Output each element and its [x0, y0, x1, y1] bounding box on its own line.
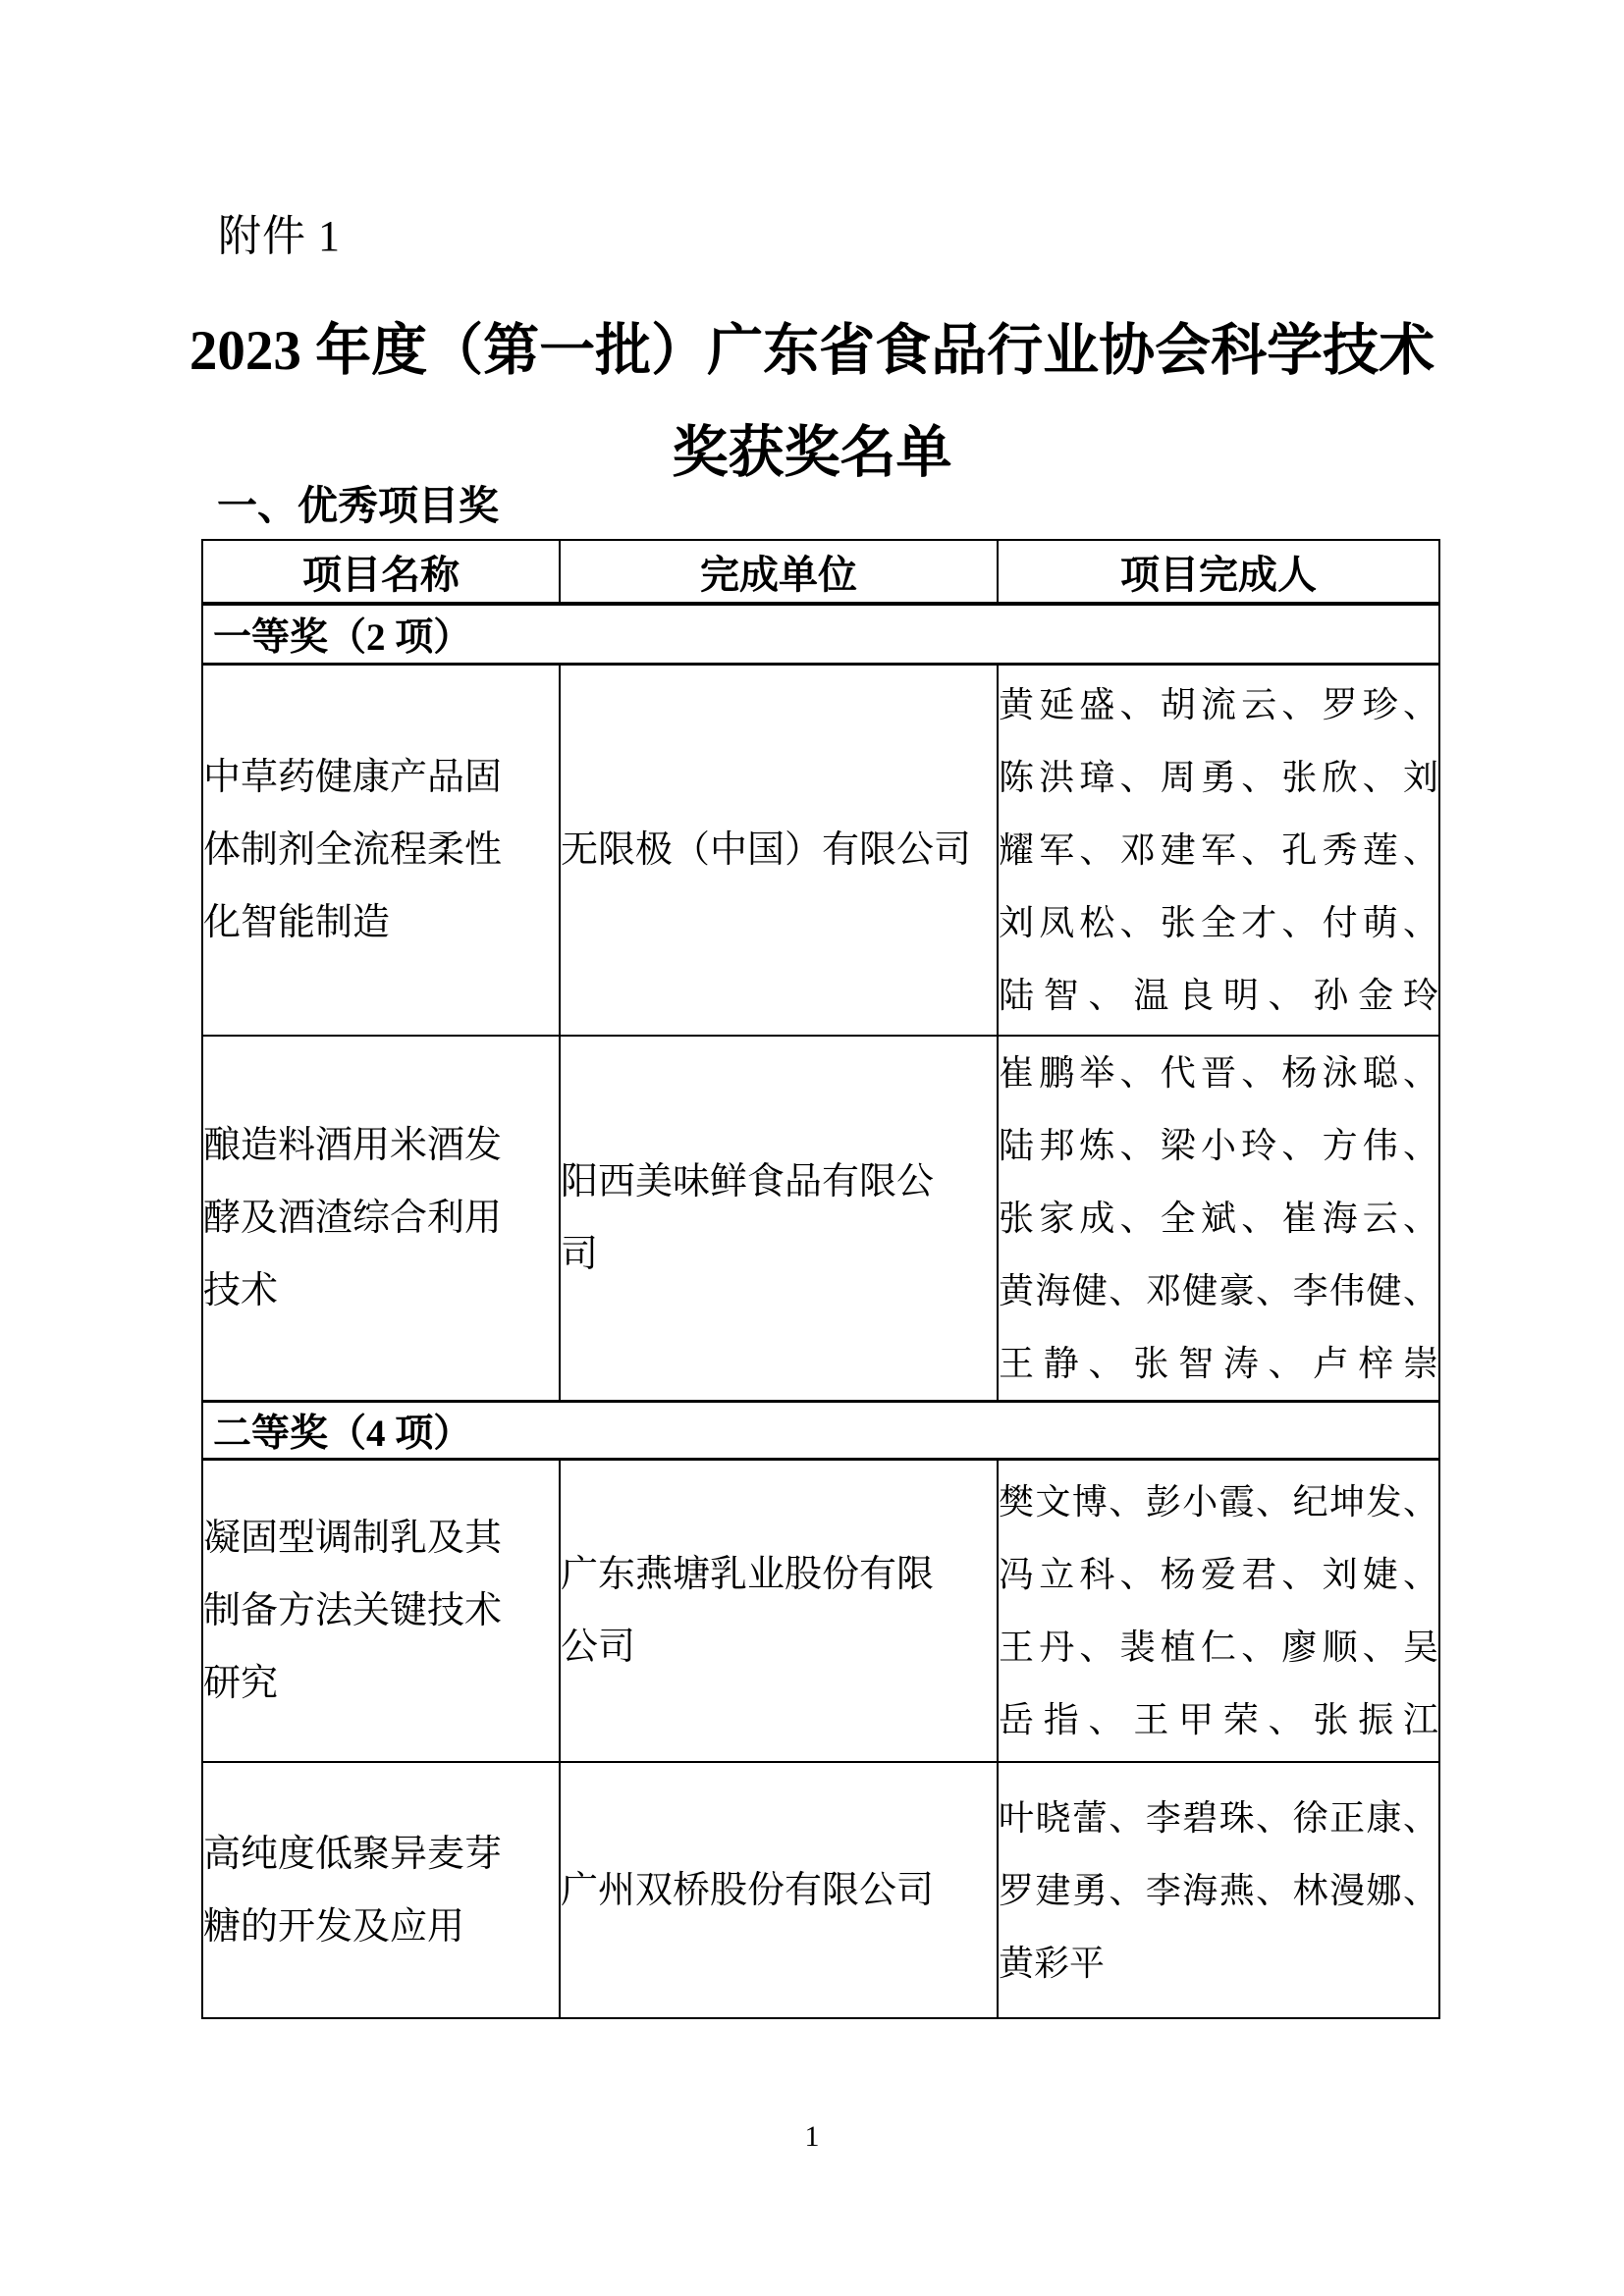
cell-text-line: 酵及酒渣综合利用 [203, 1182, 559, 1255]
contributors-cell: 叶晓蕾、李碧珠、徐正康、罗建勇、李海燕、林漫娜、黄彩平 [998, 1762, 1439, 2018]
cell-text-line: 耀军、邓建军、孔秀莲、 [999, 814, 1438, 886]
cell-text-line: 体制剂全流程柔性 [203, 814, 559, 886]
cell-text-line: 陆邦炼、梁小玲、方伟、 [999, 1109, 1438, 1182]
table-row: 酿造料酒用米酒发酵及酒渣综合利用技术 阳西美味鲜食品有限公司 崔鹏举、代晋、杨泳… [202, 1036, 1439, 1402]
group-label-first-prize: 一等奖（2 项） [202, 604, 1439, 665]
group-row-second-prize: 二等奖（4 项） [202, 1402, 1439, 1460]
cell-text-line: 糖的开发及应用 [203, 1891, 559, 1963]
contributors-cell: 黄延盛、胡流云、罗珍、陈洪璋、周勇、张欣、刘耀军、邓建军、孔秀莲、刘凤松、张全才… [998, 665, 1439, 1037]
cell-text-line: 高纯度低聚异麦芽 [203, 1818, 559, 1891]
cell-text-line: 中草药健康产品固 [203, 741, 559, 814]
cell-text-line: 岳指、王甲荣、张振江 [999, 1683, 1438, 1756]
contributors-cell: 樊文博、彭小霞、纪坤发、冯立科、杨爱君、刘婕、王丹、裴植仁、廖顺、吴岳指、王甲荣… [998, 1460, 1439, 1763]
cell-text-line: 制备方法关键技术 [203, 1575, 559, 1647]
cell-text-line: 技术 [203, 1255, 559, 1327]
cell-text-line: 张家成、全斌、崔海云、 [999, 1182, 1438, 1255]
cell-text-line: 罗建勇、李海燕、林漫娜、 [999, 1854, 1438, 1927]
page-number: 1 [0, 2120, 1624, 2154]
page-root: { "document": { "attachment_label": "附件 … [0, 0, 1624, 2296]
awards-table: 项目名称 完成单位 项目完成人 一等奖（2 项） 中草药健康产品固体制剂全流程柔… [201, 539, 1440, 2019]
cell-text-line: 黄延盛、胡流云、罗珍、 [999, 668, 1438, 741]
table-header-row: 项目名称 完成单位 项目完成人 [202, 540, 1439, 604]
cell-text-line: 广东燕塘乳业股份有限 [561, 1538, 997, 1611]
header-cell-organization: 完成单位 [560, 540, 998, 604]
organization-cell: 广东燕塘乳业股份有限公司 [560, 1460, 998, 1763]
cell-text-line: 酿造料酒用米酒发 [203, 1109, 559, 1182]
table-row: 中草药健康产品固体制剂全流程柔性化智能制造 无限极（中国）有限公司 黄延盛、胡流… [202, 665, 1439, 1037]
cell-text-line: 刘凤松、张全才、付萌、 [999, 886, 1438, 959]
cell-text-line: 广州双桥股份有限公司 [561, 1854, 997, 1927]
project-cell: 酿造料酒用米酒发酵及酒渣综合利用技术 [202, 1036, 560, 1402]
attachment-label: 附件 1 [218, 210, 341, 263]
header-cell-contributors: 项目完成人 [998, 540, 1439, 604]
cell-text-line: 王静、张智涛、卢梓崇 [999, 1327, 1438, 1400]
cell-text-line: 陆智、温良明、孙金玲 [999, 959, 1438, 1032]
organization-cell: 广州双桥股份有限公司 [560, 1762, 998, 2018]
document-title-line-1: 2023 年度（第一批）广东省食品行业协会科学技术 [0, 300, 1624, 402]
cell-text-line: 黄海健、邓健豪、李伟健、 [999, 1255, 1438, 1327]
table-row: 高纯度低聚异麦芽糖的开发及应用 广州双桥股份有限公司 叶晓蕾、李碧珠、徐正康、罗… [202, 1762, 1439, 2018]
cell-text-line: 叶晓蕾、李碧珠、徐正康、 [999, 1782, 1438, 1854]
cell-text-line: 凝固型调制乳及其 [203, 1502, 559, 1575]
cell-text-line: 司 [561, 1218, 997, 1291]
project-cell: 中草药健康产品固体制剂全流程柔性化智能制造 [202, 665, 560, 1037]
cell-text-line: 无限极（中国）有限公司 [561, 814, 997, 886]
table-row: 凝固型调制乳及其制备方法关键技术研究 广东燕塘乳业股份有限公司 樊文博、彭小霞、… [202, 1460, 1439, 1763]
group-label-second-prize: 二等奖（4 项） [202, 1402, 1439, 1460]
cell-text-line: 研究 [203, 1647, 559, 1720]
cell-text-line: 黄彩平 [999, 1927, 1438, 2000]
group-row-first-prize: 一等奖（2 项） [202, 604, 1439, 665]
cell-text-line: 阳西美味鲜食品有限公 [561, 1146, 997, 1218]
cell-text-line: 公司 [561, 1611, 997, 1683]
cell-text-line: 樊文博、彭小霞、纪坤发、 [999, 1466, 1438, 1538]
cell-text-line: 陈洪璋、周勇、张欣、刘 [999, 741, 1438, 814]
cell-text-line: 化智能制造 [203, 886, 559, 959]
project-cell: 高纯度低聚异麦芽糖的开发及应用 [202, 1762, 560, 2018]
organization-cell: 阳西美味鲜食品有限公司 [560, 1036, 998, 1402]
project-cell: 凝固型调制乳及其制备方法关键技术研究 [202, 1460, 560, 1763]
cell-text-line: 王丹、裴植仁、廖顺、吴 [999, 1611, 1438, 1683]
header-cell-project-name: 项目名称 [202, 540, 560, 604]
section-heading: 一、优秀项目奖 [217, 473, 499, 531]
cell-text-line: 崔鹏举、代晋、杨泳聪、 [999, 1037, 1438, 1109]
cell-text-line: 冯立科、杨爱君、刘婕、 [999, 1538, 1438, 1611]
organization-cell: 无限极（中国）有限公司 [560, 665, 998, 1037]
contributors-cell: 崔鹏举、代晋、杨泳聪、陆邦炼、梁小玲、方伟、张家成、全斌、崔海云、黄海健、邓健豪… [998, 1036, 1439, 1402]
